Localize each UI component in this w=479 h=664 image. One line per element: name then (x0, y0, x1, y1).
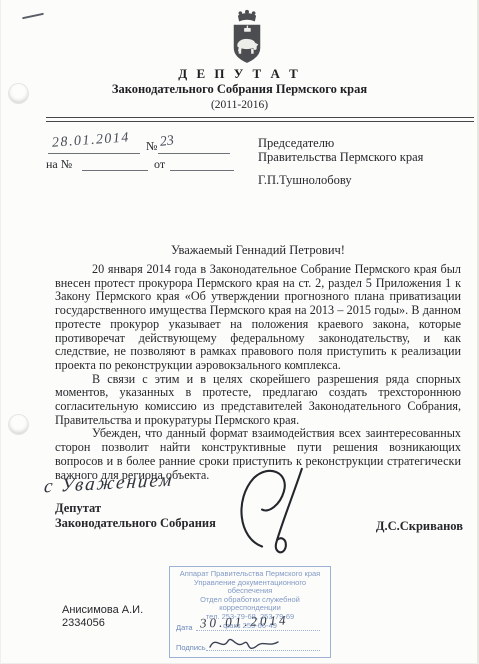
stamp-signature-label: Подпись (176, 643, 206, 652)
incoming-registration-stamp: Аппарат Правительства Пермского края Упр… (169, 566, 331, 658)
reply-number-underline (82, 170, 148, 171)
letterhead-years: (2011-2016) (0, 99, 479, 111)
number-sign-label: № (146, 139, 157, 154)
signature-main (233, 466, 329, 561)
addressee-line1: Председателю (258, 136, 423, 150)
stamp-date-handwritten: 30.01.2014 (200, 612, 289, 631)
addressee-block: Председателю Правительства Пермского кра… (258, 136, 423, 187)
signer-name: Д.С.Скриванов (376, 519, 463, 534)
salutation: Уважаемый Геннадий Петрович! (55, 243, 461, 258)
hole-punch-bottom (8, 414, 29, 435)
body-paragraph-1: 20 января 2014 года в Законодательное Со… (55, 263, 461, 373)
reply-date-underline (170, 170, 234, 171)
letter-body: 20 января 2014 года в Законодательное Со… (55, 263, 461, 482)
body-paragraph-2: В связи с этим и в целях скорейшего разр… (55, 373, 461, 428)
outgoing-number-handwritten: 23 (159, 133, 175, 151)
executor-block: Анисимова А.И. 2334056 (62, 604, 143, 630)
executor-phone: 2334056 (62, 617, 143, 630)
perm-krai-coat-of-arms-icon (221, 9, 273, 72)
signer-position-line1: Депутат (55, 501, 101, 516)
stamp-date-label: Дата (176, 623, 193, 632)
scanned-letter-page: Д Е П У Т А Т Законодательного Собрания … (0, 0, 479, 664)
addressee-line2: Правительства Пермского края (258, 150, 423, 164)
signer-position-line2: Законодательного Собрания (55, 516, 216, 531)
outgoing-date-handwritten: 28.01.2014 (52, 130, 131, 151)
pen-mark (22, 13, 44, 20)
reply-from-label: от (154, 157, 165, 172)
date-underline (48, 153, 140, 154)
letterhead-title: Д Е П У Т А Т (0, 66, 479, 82)
number-underline (158, 153, 230, 154)
letterhead-subtitle: Законодательного Собрания Пермского края (0, 82, 479, 97)
executor-name: Анисимова А.И. (62, 604, 143, 617)
addressee-name: Г.П.Тушнолобову (258, 173, 423, 187)
reply-to-label: на № (46, 157, 72, 172)
letterhead-rule (46, 117, 474, 122)
stamp-signature-handwritten (206, 631, 284, 662)
